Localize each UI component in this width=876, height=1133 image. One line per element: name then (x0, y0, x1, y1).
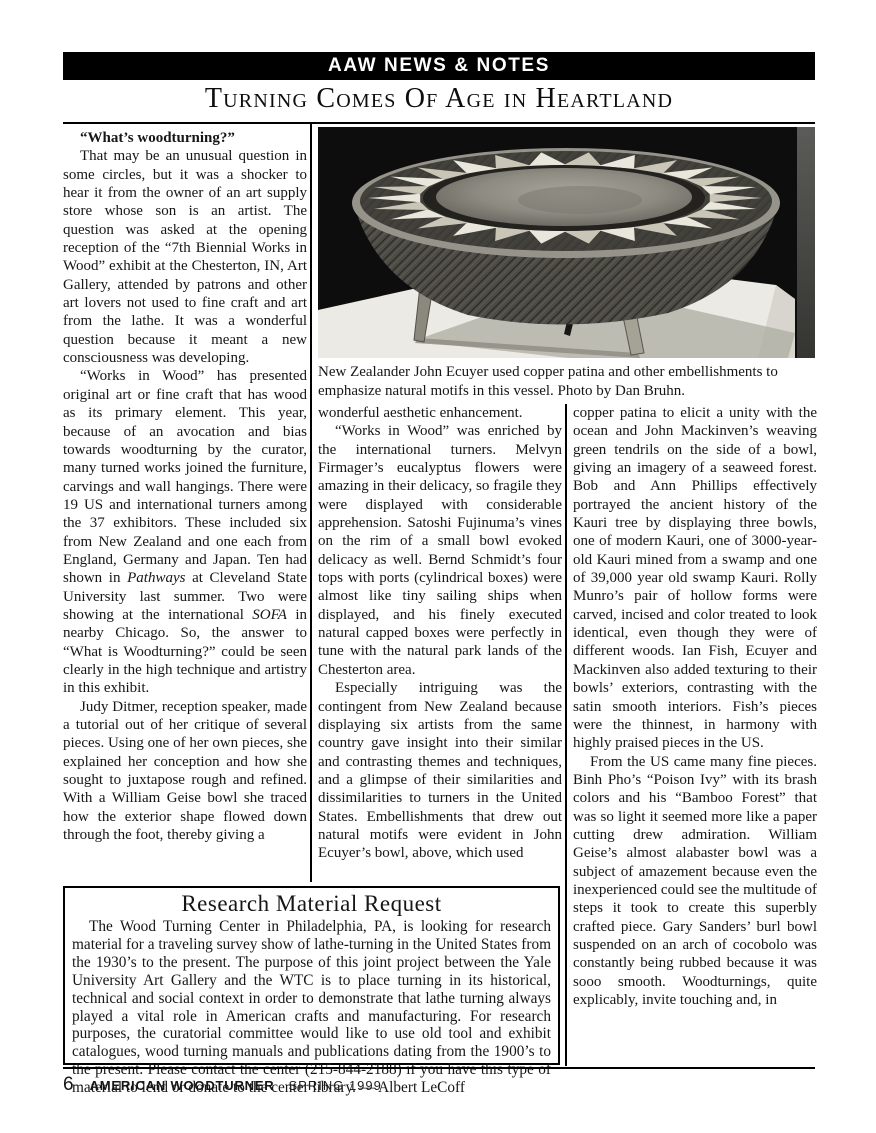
italic-term: Pathways (127, 570, 185, 586)
footer-rule (63, 1067, 815, 1069)
column-rule-right (565, 404, 567, 1066)
column-left: “What’s woodturning?” That may be an unu… (63, 129, 307, 844)
column-middle: wonderful aesthetic enhancement. “Works … (318, 404, 562, 863)
paragraph: “Works in Wood” has presented original a… (63, 367, 307, 697)
title-rule (63, 122, 815, 124)
paragraph: Especially intriguing was the contingent… (318, 679, 562, 862)
page-number: 6 (63, 1074, 74, 1096)
paragraph-continuation: wonderful aesthetic enhancement. (318, 404, 562, 422)
section-heading: “What’s woodturning?” (63, 129, 307, 147)
article-title: Turning Comes Of Age in Heartland (63, 83, 815, 115)
news-banner-label: AAW NEWS & NOTES (328, 55, 550, 77)
box-body: The Wood Turning Center in Philadelphia,… (72, 918, 551, 1097)
issue-label: SPRING 1999 (289, 1078, 382, 1093)
paragraph: Judy Ditmer, reception speaker, made a t… (63, 698, 307, 845)
box-title: Research Material Request (72, 891, 551, 917)
page-footer: 6 AMERICAN WOODTURNER SPRING 1999 (63, 1074, 815, 1096)
research-material-request-box: Research Material Request The Wood Turni… (63, 886, 560, 1065)
vessel-photo (318, 127, 815, 358)
photo-caption: New Zealander John Ecuyer used copper pa… (318, 363, 818, 400)
paragraph: From the US came many fine pieces. Binh … (573, 753, 817, 1010)
paragraph-text: “Works in Wood” has presented original a… (63, 368, 307, 586)
paragraph: “Works in Wood” was enriched by the inte… (318, 422, 562, 679)
news-banner: AAW NEWS & NOTES (63, 52, 815, 80)
journal-name: AMERICAN WOODTURNER (90, 1078, 275, 1093)
vessel-photo-illustration (318, 127, 815, 358)
paragraph-continuation: copper patina to elicit a unity with the… (573, 404, 817, 753)
column-rule-left (310, 122, 312, 882)
paragraph: That may be an unusual question in some … (63, 147, 307, 367)
photo-edge-strip (797, 127, 815, 358)
italic-term: SOFA (252, 607, 287, 623)
column-right: copper patina to elicit a unity with the… (573, 404, 817, 1009)
vessel-interior-grain (518, 186, 642, 214)
